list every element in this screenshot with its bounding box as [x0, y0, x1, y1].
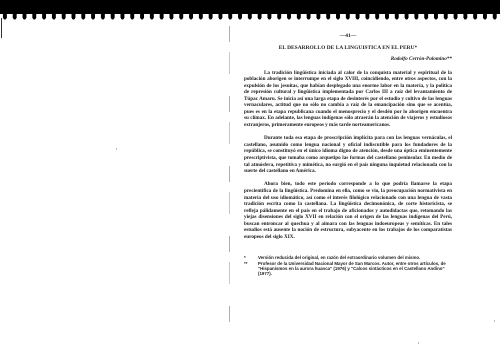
torn-edge [0, 13, 500, 23]
footnotes: * Versión reducida del original, en razó… [244, 255, 452, 276]
scan-speck [116, 148, 117, 150]
paragraph: Durante toda esa etapa de proscripción i… [244, 135, 452, 174]
page-number: —41— [244, 33, 452, 40]
scan-edge-mark [1, 18, 2, 38]
paragraph: La tradición lingüística iniciada al cal… [244, 70, 452, 129]
footnote-mark: ** [244, 261, 258, 277]
scan-speck [418, 342, 419, 344]
article-author: Rodolfo Cerrón-Palomino** [244, 56, 452, 63]
paragraph: Ahora bien, todo este período correspond… [244, 181, 452, 240]
article-title: EL DESARROLLO DE LA LINGUISTICA EN EL PE… [244, 45, 452, 52]
page-fold-line [229, 26, 230, 326]
document-page: —41— EL DESARROLLO DE LA LINGUISTICA EN … [244, 33, 452, 276]
scan-speck [494, 320, 495, 322]
footnote-text: Profesor de la Universidad Nacional Mayo… [258, 261, 452, 277]
footnote: ** Profesor de la Universidad Nacional M… [244, 261, 452, 277]
scan-dark-border [0, 0, 500, 14]
